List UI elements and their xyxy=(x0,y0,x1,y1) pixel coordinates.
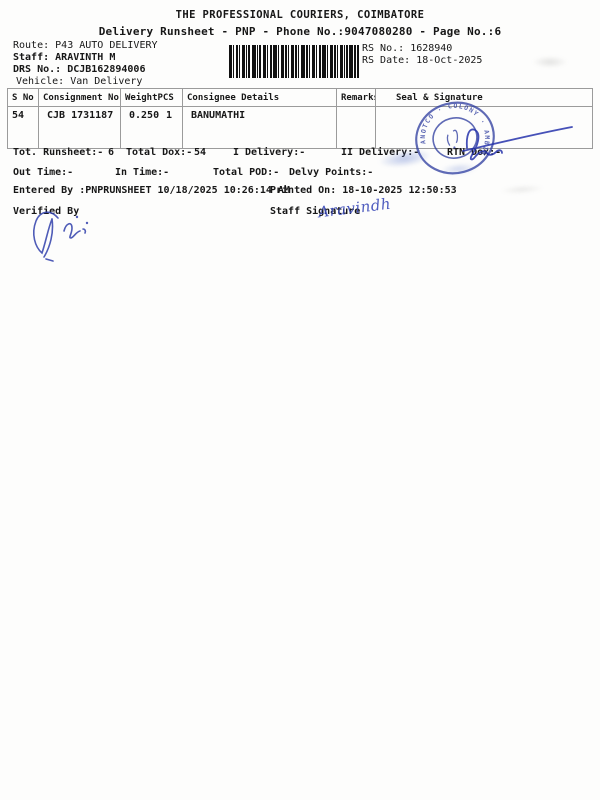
rs-date-value: 18-Oct-2025 xyxy=(416,55,482,66)
rs-date-label: RS Date: xyxy=(362,55,410,66)
delivery-runsheet-document: THE PROFESSIONAL COURIERS, COIMBATORE De… xyxy=(0,0,600,800)
col-s-no: S No xyxy=(8,89,39,107)
total-dox-label: Total Dox:- xyxy=(126,147,192,158)
cell-remarks xyxy=(337,107,376,149)
scan-smudge xyxy=(532,56,568,68)
col-consignment-no: Consignment No xyxy=(39,89,121,107)
cell-consignee: BANUMATHI xyxy=(183,107,337,149)
scan-smudge xyxy=(500,183,545,195)
col-remarks: Remarks xyxy=(337,89,376,107)
stamp-star-icon: ✶ xyxy=(415,145,422,154)
seal-stamp: ANOTCO · COLONY · AMBIK ✶ xyxy=(405,93,585,183)
i-delivery-label: I Delivery:- xyxy=(233,147,305,158)
vehicle-value: Van Delivery xyxy=(70,76,142,87)
rs-no-label: RS No.: xyxy=(362,43,404,54)
col-weight: Weight xyxy=(125,93,158,103)
staff-line: Staff: ARAVINTH M xyxy=(13,52,115,64)
staff-signature-handwriting: Aravindh xyxy=(317,195,392,222)
verified-by-signature xyxy=(20,203,120,263)
stamp-inner-scribble xyxy=(446,130,460,146)
total-dox-value: 54 xyxy=(194,147,206,158)
page-subtitle: Delivery Runsheet - PNP - Phone No.:9047… xyxy=(0,25,600,38)
in-time-label: In Time:- xyxy=(115,167,169,178)
cell-weight-pcs: 0.2501 xyxy=(121,107,183,149)
tot-runsheet-value: 6 xyxy=(108,147,114,158)
route-line: Route: P43 AUTO DELIVERY xyxy=(13,40,158,52)
cell-weight: 0.250 xyxy=(129,110,159,121)
col-weight-pcs: WeightPCS xyxy=(121,89,183,107)
stamp-inner-ring xyxy=(429,113,482,163)
total-pod-label: Total POD:- xyxy=(213,167,279,178)
staff-value: ARAVINTH M xyxy=(55,52,115,63)
drs-no-line: DRS No.: DCJB162894006 xyxy=(13,64,145,76)
vehicle-label: Vehicle: xyxy=(16,76,64,87)
tot-runsheet-label: Tot. Runsheet:- xyxy=(13,147,103,158)
rs-no-line: RS No.: 1628940 xyxy=(362,43,452,56)
col-consignee-details: Consignee Details xyxy=(183,89,337,107)
staff-label: Staff: xyxy=(13,52,49,63)
drs-value: DCJB162894006 xyxy=(67,64,145,75)
barcode-icon xyxy=(229,45,359,78)
delvy-points-label: Delvy Points:- xyxy=(289,167,373,178)
col-pcs: PCS xyxy=(158,93,178,103)
cell-s-no: 54 xyxy=(8,107,39,149)
stamp-inner-dot xyxy=(453,146,456,149)
entered-by-text: Entered By :PNPRUNSHEET 10/18/2025 10:26… xyxy=(13,185,290,196)
out-time-label: Out Time:- xyxy=(13,167,73,178)
cell-pcs: 1 xyxy=(166,110,172,121)
drs-label: DRS No.: xyxy=(13,64,61,75)
rs-no-value: 1628940 xyxy=(410,43,452,54)
rs-date-line: RS Date: 18-Oct-2025 xyxy=(362,55,482,68)
route-label: Route: xyxy=(13,40,49,51)
printed-on-text: Printed On: 18-10-2025 12:50:53 xyxy=(270,185,457,196)
route-value: P43 AUTO DELIVERY xyxy=(55,40,157,51)
vehicle-line: Vehicle: Van Delivery xyxy=(16,76,142,88)
cell-consignment-no: CJB 1731187 xyxy=(39,107,121,149)
page-title: THE PROFESSIONAL COURIERS, COIMBATORE xyxy=(0,9,600,21)
